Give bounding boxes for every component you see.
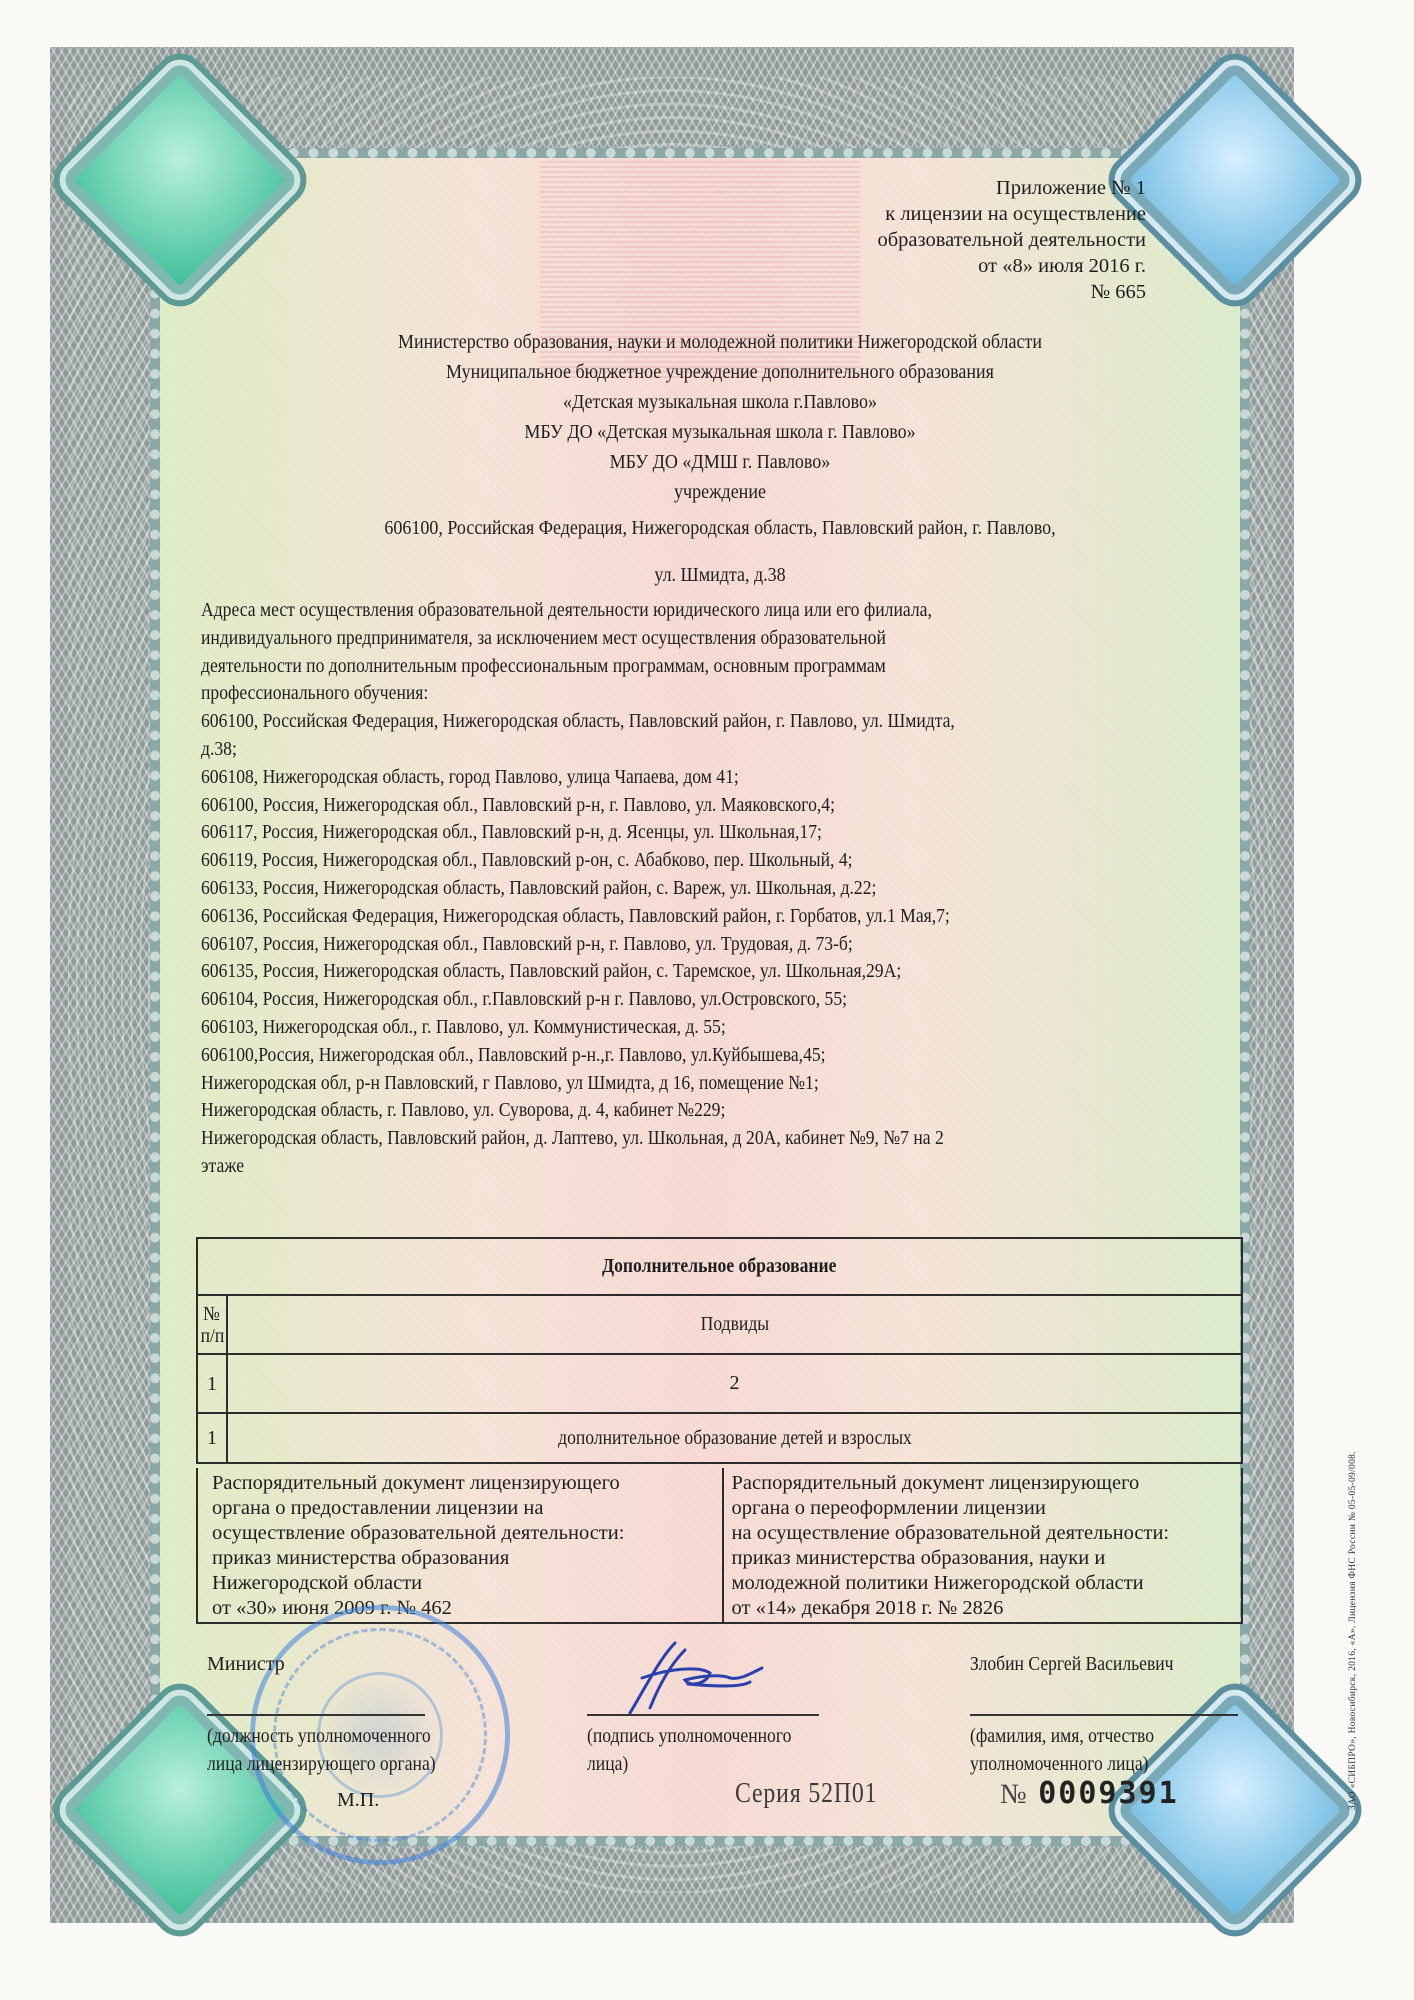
position-line bbox=[207, 1680, 425, 1716]
ministry-name: Министерство образования, науки и молоде… bbox=[252, 327, 1188, 357]
place-address: 606117, Россия, Нижегородская обл., Павл… bbox=[201, 819, 1116, 847]
grant-order-document: Распорядительный документ лицензирующего… bbox=[198, 1468, 722, 1622]
series-value: 52П01 bbox=[808, 1778, 877, 1809]
places-intro: индивидуального предпринимателя, за искл… bbox=[201, 625, 1116, 653]
reissue-order-line: органа о переоформлении лицензии bbox=[732, 1496, 1232, 1521]
places-intro: Адреса мест осуществления образовательно… bbox=[201, 597, 1116, 625]
place-address: Нижегородская область, Павловский район,… bbox=[201, 1125, 1116, 1153]
place-address: 606119, Россия, Нижегородская обл., Павл… bbox=[201, 847, 1116, 875]
reissue-order-line: Распорядительный документ лицензирующего bbox=[732, 1471, 1232, 1496]
place-address: 606133, Россия, Нижегородская область, П… bbox=[201, 875, 1116, 903]
name-line bbox=[970, 1680, 1238, 1716]
name-caption: (фамилия, имя, отчество уполномоченного … bbox=[970, 1722, 1240, 1778]
number-label: № bbox=[1000, 1779, 1029, 1810]
place-address: д.38; bbox=[201, 736, 1116, 764]
place-address: Нижегородская обл, р-н Павловский, г Пав… bbox=[201, 1070, 1116, 1098]
stamp-place-label: М.П. bbox=[337, 1789, 379, 1812]
annex-number: № 665 bbox=[877, 279, 1146, 305]
org-abbreviation: МБУ ДО «ДМШ г. Павлово» bbox=[252, 447, 1188, 477]
places-intro: профессионального обучения: bbox=[201, 680, 1116, 708]
position-caption: (должность уполномоченного лица лицензир… bbox=[207, 1722, 527, 1778]
place-address: 606135, Россия, Нижегородская область, П… bbox=[201, 958, 1116, 986]
annex-line: образовательной деятельности bbox=[877, 227, 1146, 253]
grant-order-line: приказ министерства образования bbox=[212, 1546, 712, 1571]
place-address: Нижегородская область, г. Павлово, ул. С… bbox=[201, 1097, 1116, 1125]
places-intro: деятельности по дополнительным профессио… bbox=[201, 653, 1116, 681]
place-address: этаже bbox=[201, 1153, 1116, 1181]
table-title: Дополнительное образование bbox=[197, 1238, 1242, 1295]
place-address: 606104, Россия, Нижегородская обл., г.Па… bbox=[201, 986, 1116, 1014]
handwritten-signature-icon bbox=[590, 1638, 770, 1718]
grant-order-line: осуществление образовательной деятельнос… bbox=[212, 1521, 712, 1546]
column-header-number: № п/п bbox=[197, 1295, 227, 1354]
reissue-order-line: на осуществление образовательной деятель… bbox=[732, 1521, 1232, 1546]
reissue-order-line: приказ министерства образования, науки и bbox=[732, 1546, 1232, 1571]
index-cell-subtypes: 2 bbox=[227, 1354, 1242, 1413]
signature-caption: (подпись уполномоченного лица) bbox=[587, 1722, 877, 1778]
printer-imprint: ЗАО «СИБПРО», Новосибирск, 2016, «А». Ли… bbox=[1348, 1451, 1358, 1810]
place-address: 606107, Россия, Нижегородская обл., Павл… bbox=[201, 931, 1116, 959]
organization-block: Министерство образования, науки и молоде… bbox=[200, 327, 1240, 507]
place-address: 606108, Нижегородская область, город Пав… bbox=[201, 764, 1116, 792]
org-full-name-quoted: «Детская музыкальная школа г.Павлово» bbox=[252, 387, 1188, 417]
place-address: 606136, Российская Федерация, Нижегородс… bbox=[201, 903, 1116, 931]
annex-date: от «8» июля 2016 г. bbox=[877, 253, 1146, 279]
column-header-subtypes: Подвиды bbox=[227, 1295, 1242, 1354]
signatory-name-block: Злобин Сергей Васильевич (фамилия, имя, … bbox=[970, 1650, 1240, 1778]
org-type: учреждение bbox=[252, 477, 1188, 507]
table-row: 1 дополнительное образование детей и взр… bbox=[197, 1413, 1242, 1463]
reissue-order-document: Распорядительный документ лицензирующего… bbox=[722, 1468, 1242, 1622]
index-cell-number: 1 bbox=[197, 1354, 227, 1413]
legal-address-line-1: 606100, Российская Федерация, Нижегородс… bbox=[252, 517, 1188, 540]
row-subtype: дополнительное образование детей и взрос… bbox=[227, 1413, 1242, 1463]
grant-order-line: Распорядительный документ лицензирующего bbox=[212, 1471, 712, 1496]
grant-order-line: Нижегородской области bbox=[212, 1571, 712, 1596]
signatory-position: Министр bbox=[207, 1650, 527, 1680]
series-label: Серия bbox=[735, 1778, 802, 1809]
place-address: 606100, Российская Федерация, Нижегородс… bbox=[201, 708, 1116, 736]
signatory-position-block: Министр (должность уполномоченного лица … bbox=[207, 1650, 527, 1778]
number-value: 0009391 bbox=[1038, 1776, 1178, 1811]
grant-order-line: органа о предоставлении лицензии на bbox=[212, 1496, 712, 1521]
table-index-row: 1 2 bbox=[197, 1354, 1242, 1413]
legal-address-line-2: ул. Шмидта, д.38 bbox=[252, 564, 1188, 587]
blank-number: № 0009391 bbox=[1000, 1776, 1179, 1811]
org-full-name: Муниципальное бюджетное учреждение допол… bbox=[252, 357, 1188, 387]
order-documents: Распорядительный документ лицензирующего… bbox=[196, 1468, 1243, 1624]
annex-line: Приложение № 1 bbox=[877, 175, 1146, 201]
row-number: 1 bbox=[197, 1413, 227, 1463]
place-address: 606100, Россия, Нижегородская обл., Павл… bbox=[201, 792, 1116, 820]
annex-header: Приложение № 1 к лицензии на осуществлен… bbox=[877, 175, 1146, 305]
legal-address: 606100, Российская Федерация, Нижегородс… bbox=[200, 517, 1240, 587]
org-short-name: МБУ ДО «Детская музыкальная школа г. Пав… bbox=[252, 417, 1188, 447]
place-address: 606103, Нижегородская обл., г. Павлово, … bbox=[201, 1014, 1116, 1042]
activity-places: Адреса мест осуществления образовательно… bbox=[201, 597, 1241, 1181]
blank-series: Серия 52П01 bbox=[735, 1778, 877, 1810]
place-address: 606100,Россия, Нижегородская обл., Павло… bbox=[201, 1042, 1116, 1070]
annex-line: к лицензии на осуществление bbox=[877, 201, 1146, 227]
reissue-order-line: молодежной политики Нижегородской област… bbox=[732, 1571, 1232, 1596]
reissue-order-date: от «14» декабря 2018 г. № 2826 bbox=[732, 1596, 1232, 1621]
education-subtypes-table: Дополнительное образование № п/п Подвиды… bbox=[196, 1237, 1243, 1464]
grant-order-date: от «30» июня 2009 г. № 462 bbox=[212, 1596, 712, 1621]
signatory-full-name: Злобин Сергей Васильевич bbox=[970, 1650, 1240, 1680]
